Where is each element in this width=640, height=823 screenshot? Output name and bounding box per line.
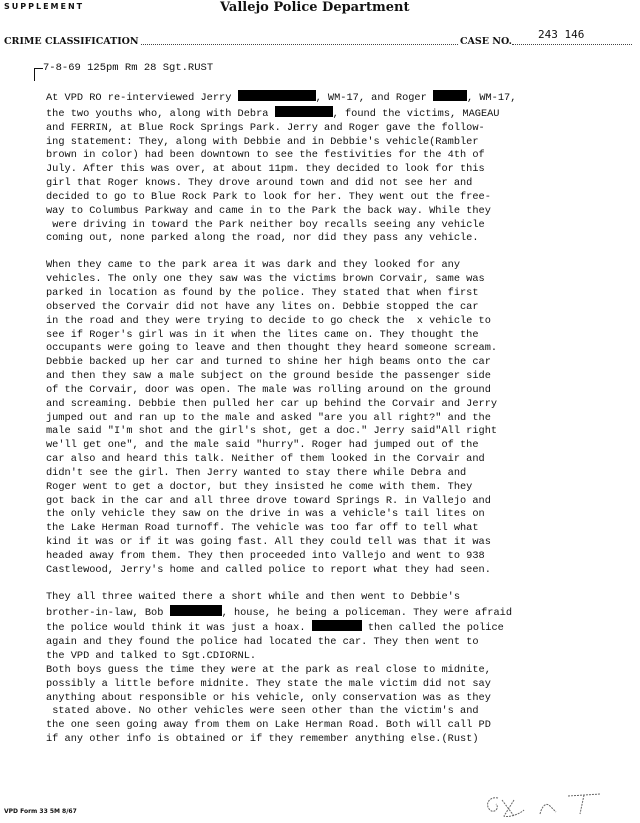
- case-no-label: CASE NO.: [460, 36, 512, 47]
- entry-dateline: 7-8-69 125pm Rm 28 Sgt.RUST: [43, 62, 213, 74]
- case-no-field: 243 146: [512, 43, 632, 45]
- classification-row: CRIME CLASSIFICATION CASE NO. 243 146: [4, 36, 632, 47]
- case-no-value: 243 146: [538, 28, 584, 41]
- department-title: Vallejo Police Department: [220, 0, 409, 15]
- redaction-bar: [433, 90, 467, 101]
- paragraph-3: They all three waited there a short whil…: [46, 591, 636, 664]
- paragraph-4: Both boys guess the time they were at th…: [46, 664, 636, 747]
- entry-bracket-mark: [34, 68, 43, 81]
- supplement-label: SUPPLEMENT: [4, 2, 84, 11]
- text-segment: , WM-17, and Roger: [316, 92, 433, 104]
- classification-dotted-line: [141, 43, 458, 45]
- redaction-bar: [312, 620, 362, 631]
- paragraph-2: When they came to the park area it was d…: [46, 259, 636, 577]
- report-body: At VPD RO re-interviewed Jerry , WM-17, …: [46, 90, 636, 760]
- text-segment: At VPD RO re-interviewed Jerry: [46, 92, 238, 104]
- text-segment: , found the victims, MAGEAU and FERRIN, …: [46, 108, 499, 245]
- crime-classification-label: CRIME CLASSIFICATION: [4, 36, 139, 47]
- redaction-bar: [238, 90, 316, 101]
- form-id: VPD Form 33 5M 8/67: [4, 808, 77, 815]
- redaction-bar: [170, 605, 222, 616]
- redaction-bar: [275, 106, 333, 117]
- signature-icon: [480, 790, 620, 820]
- paragraph-1: At VPD RO re-interviewed Jerry , WM-17, …: [46, 90, 636, 246]
